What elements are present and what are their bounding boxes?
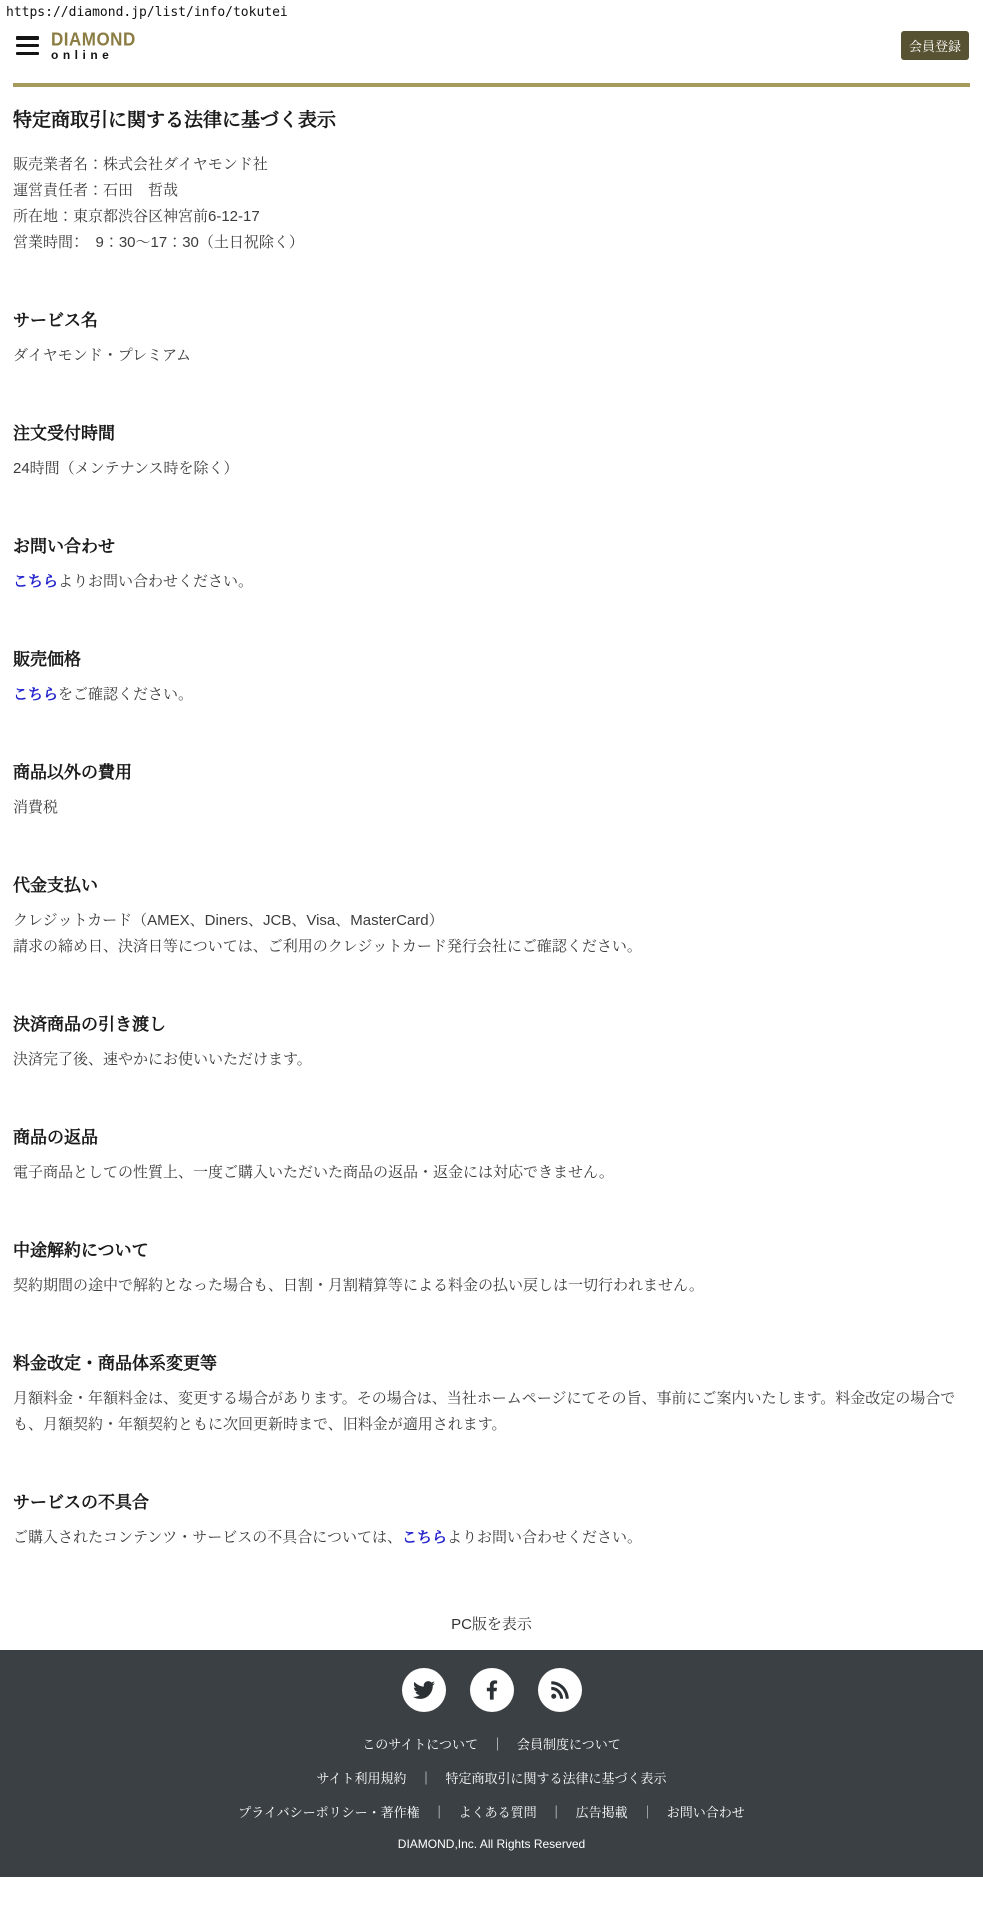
hamburger-menu-icon[interactable] [16, 36, 39, 55]
text-segment: ダイヤモンド・プレミアム [13, 347, 191, 364]
footer-separator: ｜ [420, 1771, 433, 1786]
section-text-line: こちらよりお問い合わせください。 [13, 569, 970, 595]
info-section: 決済商品の引き渡し決済完了後、速やかにお使いいただけます。 [13, 1010, 970, 1073]
pc-link-wrap: PC版を表示 [13, 1613, 970, 1634]
section-heading: 商品以外の費用 [13, 758, 970, 783]
section-heading: お問い合わせ [13, 532, 970, 557]
info-section: お問い合わせこちらよりお問い合わせください。 [13, 532, 970, 595]
social-icons-row [0, 1668, 983, 1712]
text-segment: 月額料金・年額料金は、変更する場合があります。その場合は、当社ホームページにてそ… [13, 1390, 955, 1433]
text-segment: 24時間（メンテナンス時を除く） [13, 460, 239, 477]
footer-link[interactable]: このサイトについて [362, 1737, 478, 1752]
section-text-line: こちらをご確認ください。 [13, 682, 970, 708]
page-title: 特定商取引に関する法律に基づく表示 [13, 105, 970, 132]
hamburger-bar [16, 36, 39, 40]
logo-diamond-text: DIAMOND [51, 30, 136, 49]
kochira-link[interactable]: こちら [13, 573, 58, 590]
sections-container: サービス名ダイヤモンド・プレミアム注文受付時間24時間（メンテナンス時を除く）お… [13, 306, 970, 1551]
info-section: 商品の返品電子商品としての性質上、一度ご購入いただいた商品の返品・返金には対応で… [13, 1123, 970, 1186]
section-heading: 商品の返品 [13, 1123, 970, 1148]
footer-nav: このサイトについて｜会員制度についてサイト利用規約｜特定商取引に関する法律に基づ… [0, 1734, 983, 1821]
register-button[interactable]: 会員登録 [901, 31, 969, 60]
section-heading: 中途解約について [13, 1236, 970, 1261]
kochira-link[interactable]: こちら [402, 1529, 447, 1546]
section-text-line: クレジットカード（AMEX、Diners、JCB、Visa、MasterCard… [13, 908, 970, 934]
seller-info-line: 所在地：東京都渋谷区神宮前6-12-17 [13, 204, 970, 230]
site-header: DIAMOND online 会員登録 [0, 22, 983, 83]
info-section: サービス名ダイヤモンド・プレミアム [13, 306, 970, 369]
section-heading: 注文受付時間 [13, 419, 970, 444]
text-segment: よりお問い合わせください。 [447, 1529, 642, 1546]
section-heading: 販売価格 [13, 645, 970, 670]
header-divider [13, 83, 970, 87]
text-segment: クレジットカード（AMEX、Diners、JCB、Visa、MasterCard… [13, 912, 444, 929]
seller-info-line: 運営責任者：石田 哲哉 [13, 178, 970, 204]
browser-url: https://diamond.jp/list/info/tokutei [0, 0, 983, 22]
section-text-line: ご購入されたコンテンツ・サービスの不具合については、こちらよりお問い合わせくださ… [13, 1525, 970, 1551]
info-section: 販売価格こちらをご確認ください。 [13, 645, 970, 708]
text-segment: よりお問い合わせください。 [58, 573, 253, 590]
section-heading: サービス名 [13, 306, 970, 331]
twitter-icon[interactable] [402, 1668, 446, 1712]
footer-link[interactable]: サイト利用規約 [316, 1771, 406, 1786]
text-segment: 電子商品としての性質上、一度ご購入いただいた商品の返品・返金には対応できません。 [13, 1164, 614, 1181]
footer-link[interactable]: 会員制度について [517, 1737, 621, 1752]
footer-link[interactable]: 特定商取引に関する法律に基づく表示 [446, 1771, 667, 1786]
pc-version-link[interactable]: PC版を表示 [451, 1616, 532, 1633]
logo-online-text: online [51, 49, 136, 61]
info-section: 料金改定・商品体系変更等月額料金・年額料金は、変更する場合があります。その場合は… [13, 1349, 970, 1438]
seller-info-line: 販売業者名：株式会社ダイヤモンド社 [13, 152, 970, 178]
info-section: 中途解約について契約期間の途中で解約となった場合も、日割・月割精算等による料金の… [13, 1236, 970, 1299]
text-segment: ご購入されたコンテンツ・サービスの不具合については、 [13, 1529, 402, 1546]
seller-info-block: 販売業者名：株式会社ダイヤモンド社運営責任者：石田 哲哉所在地：東京都渋谷区神宮… [13, 152, 970, 256]
footer-separator: ｜ [550, 1805, 563, 1820]
site-footer: このサイトについて｜会員制度についてサイト利用規約｜特定商取引に関する法律に基づ… [0, 1650, 983, 1877]
footer-link[interactable]: 広告掲載 [576, 1805, 628, 1820]
section-heading: 決済商品の引き渡し [13, 1010, 970, 1035]
section-text-line: 請求の締め日、決済日等については、ご利用のクレジットカード発行会社にご確認くださ… [13, 934, 970, 960]
info-section: サービスの不具合ご購入されたコンテンツ・サービスの不具合については、こちらよりお… [13, 1488, 970, 1551]
footer-nav-row: このサイトについて｜会員制度について [0, 1734, 983, 1753]
footer-separator: ｜ [491, 1737, 504, 1752]
seller-info-line: 営業時間： 9：30～17：30（土日祝除く） [13, 230, 970, 256]
footer-nav-row: サイト利用規約｜特定商取引に関する法律に基づく表示 [0, 1768, 983, 1787]
kochira-link[interactable]: こちら [13, 686, 58, 703]
section-text-line: 電子商品としての性質上、一度ご購入いただいた商品の返品・返金には対応できません。 [13, 1160, 970, 1186]
section-text-line: 24時間（メンテナンス時を除く） [13, 456, 970, 482]
rss-icon[interactable] [538, 1668, 582, 1712]
section-heading: 料金改定・商品体系変更等 [13, 1349, 970, 1374]
copyright: DIAMOND,Inc. All Rights Reserved [0, 1837, 983, 1851]
footer-separator: ｜ [641, 1805, 654, 1820]
text-segment: 契約期間の途中で解約となった場合も、日割・月割精算等による料金の払い戻しは一切行… [13, 1277, 704, 1294]
footer-separator: ｜ [433, 1805, 446, 1820]
section-text-line: ダイヤモンド・プレミアム [13, 343, 970, 369]
section-text-line: 契約期間の途中で解約となった場合も、日割・月割精算等による料金の払い戻しは一切行… [13, 1273, 970, 1299]
hamburger-bar [16, 52, 39, 56]
bottom-space [0, 1877, 983, 1925]
footer-link[interactable]: よくある質問 [459, 1805, 537, 1820]
section-text-line: 決済完了後、速やかにお使いいただけます。 [13, 1047, 970, 1073]
section-text-line: 月額料金・年額料金は、変更する場合があります。その場合は、当社ホームページにてそ… [13, 1386, 970, 1438]
hamburger-bar [16, 44, 39, 48]
section-heading: サービスの不具合 [13, 1488, 970, 1513]
text-segment: をご確認ください。 [58, 686, 193, 703]
footer-link[interactable]: プライバシーポリシー・著作権 [238, 1805, 419, 1820]
info-section: 注文受付時間24時間（メンテナンス時を除く） [13, 419, 970, 482]
section-text-line: 消費税 [13, 795, 970, 821]
footer-nav-row: プライバシーポリシー・著作権｜よくある質問｜広告掲載｜お問い合わせ [0, 1802, 983, 1821]
main-content: 特定商取引に関する法律に基づく表示 販売業者名：株式会社ダイヤモンド社運営責任者… [0, 105, 983, 1634]
facebook-icon[interactable] [470, 1668, 514, 1712]
info-section: 商品以外の費用消費税 [13, 758, 970, 821]
section-heading: 代金支払い [13, 871, 970, 896]
footer-link[interactable]: お問い合わせ [667, 1805, 745, 1820]
diamond-online-logo[interactable]: DIAMOND online [51, 30, 136, 61]
info-section: 代金支払いクレジットカード（AMEX、Diners、JCB、Visa、Maste… [13, 871, 970, 960]
text-segment: 決済完了後、速やかにお使いいただけます。 [13, 1051, 312, 1068]
text-segment: 消費税 [13, 799, 58, 816]
text-segment: 請求の締め日、決済日等については、ご利用のクレジットカード発行会社にご確認くださ… [13, 938, 642, 955]
